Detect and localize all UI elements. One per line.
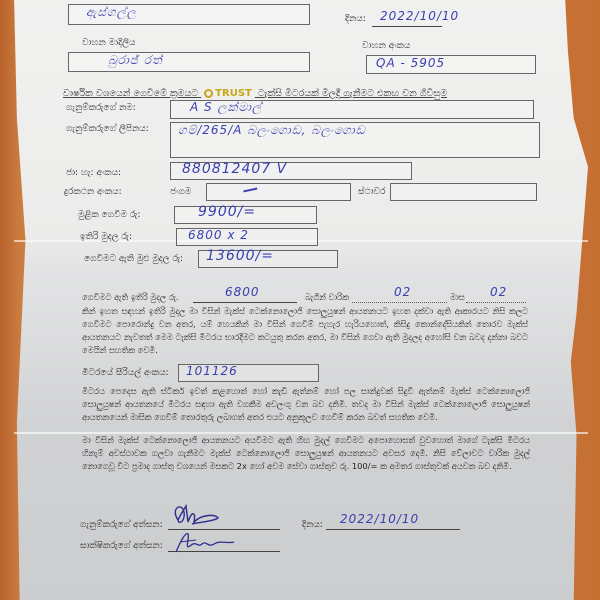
agreement-title: වාර්ෂික වශයෙන් ගෙවීමේ ක්‍රමයට TRUST ටැක්…	[63, 88, 447, 99]
date-underline	[372, 26, 442, 27]
signature-date-label: දිනය:	[302, 520, 323, 530]
customer-name-value: A S ලක්මාල්	[190, 100, 262, 115]
phone-label: දුරකථන අංකය:	[64, 187, 122, 197]
date-value: 2022/10/10	[380, 9, 459, 23]
installment-count-value: 02	[394, 285, 411, 299]
customer-signature-label: ගැනුම්කරුගේ අත්සන:	[80, 520, 163, 530]
signature-date-value: 2022/10/10	[340, 512, 419, 526]
vehicle-model-label: වාහන මාදිලිය	[82, 38, 135, 48]
installment-count-dotline	[352, 302, 447, 303]
vehicle-number-value: QA - 5905	[376, 56, 445, 70]
top-left-field-value: ඇස්ගල්ල	[86, 5, 137, 20]
terms-paragraph-1: කින් ඉහත සඳහන් ඉතිරි මුදල මා විසින් මැක්…	[82, 305, 528, 357]
balance-label: ඉතිරි මුදල රු:	[80, 232, 132, 242]
meter-serial-value: 101126	[186, 364, 238, 378]
installment-value: 6800	[225, 285, 260, 299]
landline-field[interactable]	[390, 183, 537, 201]
months-dotline	[466, 302, 526, 303]
terms-paragraph-2: මීටරය පෙදෙස ඇති ස්ටිකර් ඉවත් කළහොත් හෝ ක…	[82, 385, 530, 424]
nic-value: 880812407 V	[182, 161, 287, 177]
mobile-label: ජංගම	[170, 187, 191, 197]
installment-underline	[193, 302, 297, 303]
customer-address-label: ගැනුම්කරුගේ ලිපිනය:	[66, 124, 149, 134]
vehicle-number-label: වාහන අංකය	[362, 41, 410, 51]
payable-value: 13600/=	[206, 248, 274, 264]
trust-logo: TRUST	[204, 88, 252, 99]
trust-logo-icon	[204, 89, 213, 98]
trust-logo-text: TRUST	[215, 88, 252, 99]
customer-name-label: ගැනුම්කරුගේ නම:	[66, 103, 136, 113]
customer-address-value: ගම්/265/A බලංගොඩ, බලංගොඩ	[178, 123, 366, 138]
balance-value: 6800 x 2	[188, 228, 249, 242]
witness-signature-icon	[172, 528, 242, 556]
months-label: මාස	[450, 292, 465, 303]
months-value: 02	[490, 285, 507, 299]
title-after-logo: ටැක්සි මීටරයක් මිලදී ගැනීමට එකඟ වන ගිවිස…	[258, 88, 447, 99]
total-price-value: 9900/=	[198, 204, 256, 220]
total-price-label: මුළික ගෙවීම රු:	[78, 210, 140, 220]
mobile-field[interactable]	[206, 183, 351, 201]
meter-serial-label: මීටරයේ සීරියල් අංකය:	[82, 368, 169, 378]
installment-count-label: බැගින් වාරික	[305, 292, 349, 303]
landline-label: ස්ථාවර	[358, 187, 385, 197]
vehicle-model-field[interactable]	[68, 52, 310, 72]
payable-label: ගෙවීමට ඇති මුළු මුදල රු:	[84, 254, 183, 264]
terms-paragraph-3: මා විසින් මැක්ස් ටෙක්නොලොජි ආයතනයට අයවීම…	[82, 434, 530, 473]
installment-label: ගෙවීමට ඇති ඉතිරි මුදල රු.	[82, 292, 178, 303]
title-before-logo: වාර්ෂික වශයෙන් ගෙවීමේ ක්‍රමයට	[63, 88, 198, 99]
date-label: දිනය:	[345, 14, 366, 24]
witness-signature-label: සාක්ෂිකරුගේ අත්සන:	[80, 541, 163, 551]
signature-date-line	[326, 529, 460, 530]
nic-label: ජා: හැ: අංකය:	[66, 168, 121, 178]
vehicle-model-value: බුරාජ් රත්	[108, 53, 163, 68]
